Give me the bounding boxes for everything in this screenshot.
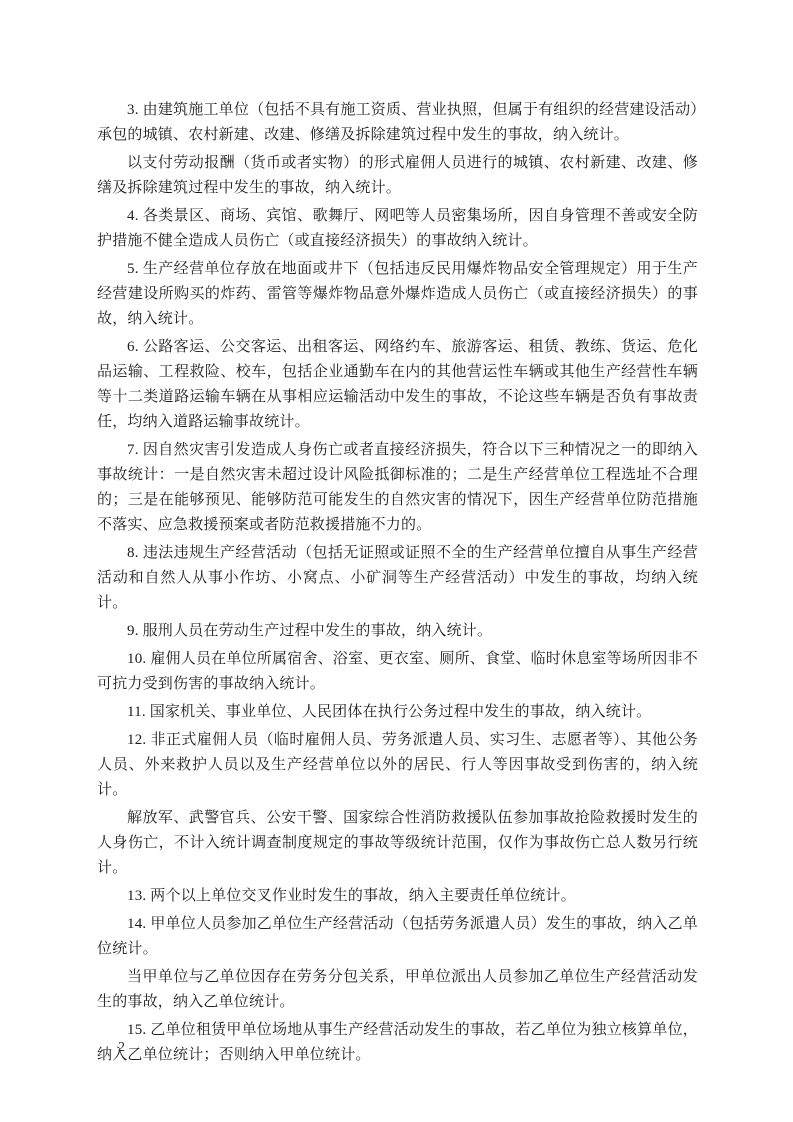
- paragraph: 3. 由建筑施工单位（包括不具有施工资质、营业执照，但属于有组织的经营建设活动）…: [97, 98, 698, 148]
- paragraph: 9. 服刑人员在劳动生产过程中发生的事故，纳入统计。: [97, 619, 698, 644]
- paragraph: 11. 国家机关、事业单位、人民团体在执行公务过程中发生的事故，纳入统计。: [97, 700, 698, 725]
- paragraph: 6. 公路客运、公交客运、出租客运、网络约车、旅游客运、租赁、教练、货运、危化品…: [97, 335, 698, 435]
- document-page: 3. 由建筑施工单位（包括不具有施工资质、营业执照，但属于有组织的经营建设活动）…: [0, 0, 793, 1122]
- paragraph: 5. 生产经营单位存放在地面或井下（包括违反民用爆炸物品安全管理规定）用于生产经…: [97, 257, 698, 332]
- paragraph: 12. 非正式雇佣人员（临时雇佣人员、劳务派遣人员、实习生、志愿者等）、其他公务…: [97, 728, 698, 803]
- paragraph: 7. 因自然灾害引发造成人身伤亡或者直接经济损失，符合以下三种情况之一的即纳入事…: [97, 438, 698, 538]
- document-body: 3. 由建筑施工单位（包括不具有施工资质、营业执照，但属于有组织的经营建设活动）…: [97, 98, 698, 1071]
- paragraph: 解放军、武警官兵、公安干警、国家综合性消防救援队伍参加事故抢险救援时发生的人身伤…: [97, 806, 698, 881]
- paragraph: 4. 各类景区、商场、宾馆、歌舞厅、网吧等人员密集场所，因自身管理不善或安全防护…: [97, 204, 698, 254]
- paragraph: 15. 乙单位租赁甲单位场地从事生产经营活动发生的事故，若乙单位为独立核算单位，…: [97, 1018, 698, 1068]
- paragraph: 以支付劳动报酬（货币或者实物）的形式雇佣人员进行的城镇、农村新建、改建、修缮及拆…: [97, 151, 698, 201]
- paragraph: 13. 两个以上单位交叉作业时发生的事故，纳入主要责任单位统计。: [97, 884, 698, 909]
- paragraph: 当甲单位与乙单位因存在劳务分包关系，甲单位派出人员参加乙单位生产经营活动发生的事…: [97, 965, 698, 1015]
- paragraph: 10. 雇佣人员在单位所属宿舍、浴室、更衣室、厕所、食堂、临时休息室等场所因非不…: [97, 647, 698, 697]
- paragraph: 14. 甲单位人员参加乙单位生产经营活动（包括劳务派遣人员）发生的事故，纳入乙单…: [97, 912, 698, 962]
- page-number: 2: [118, 1038, 125, 1058]
- paragraph: 8. 违法违规生产经营活动（包括无证照或证照不全的生产经营单位擅自从事生产经营活…: [97, 541, 698, 616]
